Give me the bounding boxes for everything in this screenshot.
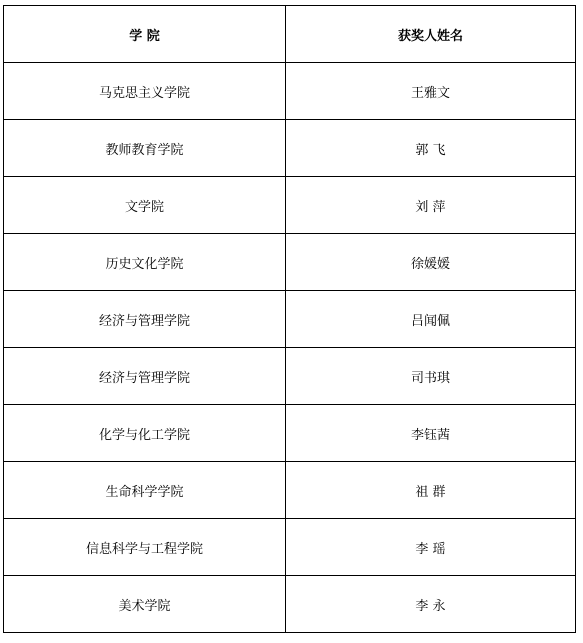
winner-cell: 李 瑶 — [286, 519, 576, 576]
winner-cell: 祖 群 — [286, 462, 576, 519]
awards-table-container: 学 院 获奖人姓名 马克思主义学院 王雅文 教师教育学院 郭 飞 文学院 刘 萍… — [3, 5, 576, 633]
table-header-row: 学 院 获奖人姓名 — [4, 6, 576, 63]
header-college: 学 院 — [4, 6, 286, 63]
winner-cell: 刘 萍 — [286, 177, 576, 234]
college-cell: 经济与管理学院 — [4, 291, 286, 348]
winner-cell: 吕闻佩 — [286, 291, 576, 348]
table-row: 文学院 刘 萍 — [4, 177, 576, 234]
table-row: 历史文化学院 徐媛媛 — [4, 234, 576, 291]
college-cell: 经济与管理学院 — [4, 348, 286, 405]
table-row: 美术学院 李 永 — [4, 576, 576, 633]
winner-cell: 郭 飞 — [286, 120, 576, 177]
college-cell: 美术学院 — [4, 576, 286, 633]
table-row: 信息科学与工程学院 李 瑶 — [4, 519, 576, 576]
table-row: 教师教育学院 郭 飞 — [4, 120, 576, 177]
table-row: 化学与化工学院 李钰茜 — [4, 405, 576, 462]
college-cell: 生命科学学院 — [4, 462, 286, 519]
winner-cell: 王雅文 — [286, 63, 576, 120]
college-cell: 文学院 — [4, 177, 286, 234]
winner-cell: 司书琪 — [286, 348, 576, 405]
college-cell: 马克思主义学院 — [4, 63, 286, 120]
winner-cell: 李 永 — [286, 576, 576, 633]
table-row: 经济与管理学院 司书琪 — [4, 348, 576, 405]
winner-cell: 徐媛媛 — [286, 234, 576, 291]
table-row: 马克思主义学院 王雅文 — [4, 63, 576, 120]
awards-table: 学 院 获奖人姓名 马克思主义学院 王雅文 教师教育学院 郭 飞 文学院 刘 萍… — [3, 5, 576, 633]
college-cell: 信息科学与工程学院 — [4, 519, 286, 576]
header-winner-name: 获奖人姓名 — [286, 6, 576, 63]
table-row: 生命科学学院 祖 群 — [4, 462, 576, 519]
college-cell: 教师教育学院 — [4, 120, 286, 177]
college-cell: 化学与化工学院 — [4, 405, 286, 462]
winner-cell: 李钰茜 — [286, 405, 576, 462]
table-row: 经济与管理学院 吕闻佩 — [4, 291, 576, 348]
college-cell: 历史文化学院 — [4, 234, 286, 291]
